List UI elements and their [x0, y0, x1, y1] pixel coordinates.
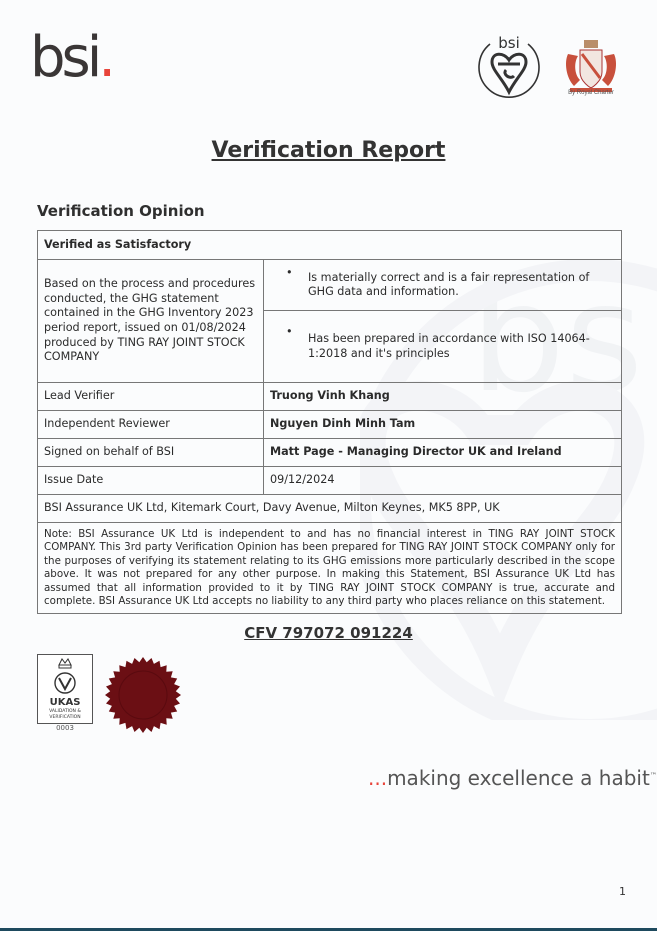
- bsi-logo: bsi.: [30, 30, 112, 86]
- bsi-seal-icon: [104, 656, 182, 734]
- svg-text:VALIDATION &: VALIDATION &: [49, 708, 81, 714]
- table-row: Lead Verifier Truong Vinh Khang: [38, 383, 622, 411]
- lead-verifier-value: Truong Vinh Khang: [264, 383, 622, 411]
- table-row: Issue Date 09/12/2024: [38, 467, 622, 495]
- bsi-address: BSI Assurance UK Ltd, Kitemark Court, Da…: [38, 495, 622, 523]
- bullet-icon: •: [286, 266, 293, 281]
- issue-date-value: 09/12/2024: [264, 467, 622, 495]
- verification-opinion-table: Verified as Satisfactory Based on the pr…: [37, 230, 622, 614]
- svg-text:VERIFICATION: VERIFICATION: [49, 714, 80, 720]
- svg-text:UKAS: UKAS: [50, 697, 81, 708]
- bullet-icon: •: [286, 325, 293, 340]
- table-row: Independent Reviewer Nguyen Dinh Minh Ta…: [38, 411, 622, 439]
- row-label: Signed on behalf of BSI: [38, 439, 264, 467]
- ukas-mark: UKAS VALIDATION & VERIFICATION: [37, 654, 93, 724]
- table-row: Signed on behalf of BSI Matt Page - Mana…: [38, 439, 622, 467]
- opinion-basis: Based on the process and procedures cond…: [38, 260, 264, 383]
- row-label: Lead Verifier: [38, 383, 264, 411]
- opinion-heading: Verified as Satisfactory: [38, 231, 622, 260]
- ukas-crown-tick-icon: UKAS VALIDATION & VERIFICATION: [38, 655, 92, 723]
- svg-text:bsi: bsi: [498, 34, 520, 52]
- tagline: ...making excellence a habit™: [368, 766, 657, 790]
- row-label: Issue Date: [38, 467, 264, 495]
- row-label: Independent Reviewer: [38, 411, 264, 439]
- page-title: Verification Report: [0, 138, 657, 163]
- finding-item: •Has been prepared in accordance with IS…: [264, 311, 622, 383]
- independent-reviewer-value: Nguyen Dinh Minh Tam: [264, 411, 622, 439]
- certificate-number: CFV 797072 091224: [0, 624, 657, 642]
- kitemark-icon: bsi: [476, 30, 542, 100]
- section-title: Verification Opinion: [37, 202, 205, 220]
- bsi-logo-dot: .: [98, 25, 112, 90]
- ukas-number: 0003: [37, 724, 93, 732]
- signatory-value: Matt Page - Managing Director UK and Ire…: [264, 439, 622, 467]
- finding-item: •Is materially correct and is a fair rep…: [264, 260, 622, 311]
- page-number: 1: [619, 885, 626, 898]
- charter-caption: By Royal Charter: [560, 90, 622, 96]
- disclaimer-note: Note: BSI Assurance UK Ltd is independen…: [38, 523, 622, 614]
- bsi-logo-text: bsi: [30, 25, 98, 90]
